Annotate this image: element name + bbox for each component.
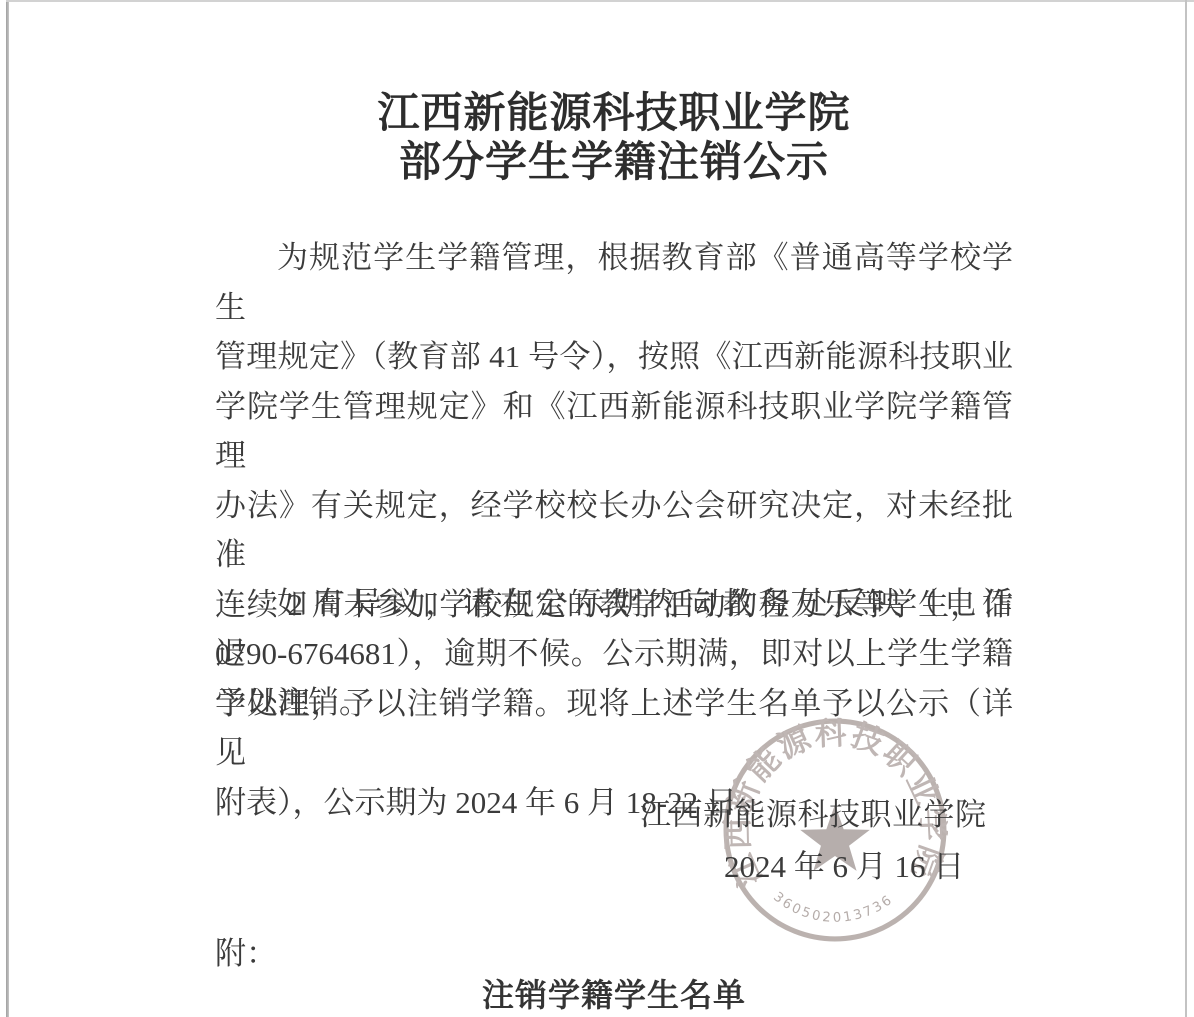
title-line-2: 部分学生学籍注销公示 [215,139,1013,188]
body-line: 0790-6764681），逾期不候。公示期满，即对以上学生学籍 [215,629,1013,679]
body-line: 如有异议，请在公示期内向教务处反映（电话 [215,579,1013,629]
paragraph-1: 为规范学生学籍管理，根据教育部《普通高等学校学生 管理规定》（教育部 41 号令… [215,233,1013,827]
body-line: 管理规定》（教育部 41 号令），按照《江西新能源科技职业 [215,332,1013,382]
body-line: 予以注销。 [215,678,1013,728]
document-page: 江西新能源科技职业学院 3605020137368 江西新能源科技职业学院 部分… [0,0,1194,1017]
body-line: 学院学生管理规定》和《江西新能源科技职业学院学籍管理 [215,382,1013,481]
attachment-list-title: 注销学籍学生名单 [215,970,1013,1016]
attachment-label: 附： [215,928,277,973]
signature-organization: 江西新能源科技职业学院 [640,789,987,834]
paragraph-2: 如有异议，请在公示期内向教务处反映（电话 0790-6764681），逾期不候。… [215,579,1013,728]
signature-date: 2024 年 6 月 16 日 [724,841,964,886]
body-line: 办法》有关规定，经学校校长办公会研究决定，对未经批准 [215,481,1013,580]
scan-edge-left [6,0,9,1017]
document-title: 江西新能源科技职业学院 部分学生学籍注销公示 [215,90,1013,188]
title-line-1: 江西新能源科技职业学院 [215,90,1013,139]
scan-edge-right [1185,0,1187,1017]
document-content: 江西新能源科技职业学院 部分学生学籍注销公示 为规范学生学籍管理，根据教育部《普… [215,0,1013,1017]
body-line: 为规范学生学籍管理，根据教育部《普通高等学校学生 [215,233,1013,332]
